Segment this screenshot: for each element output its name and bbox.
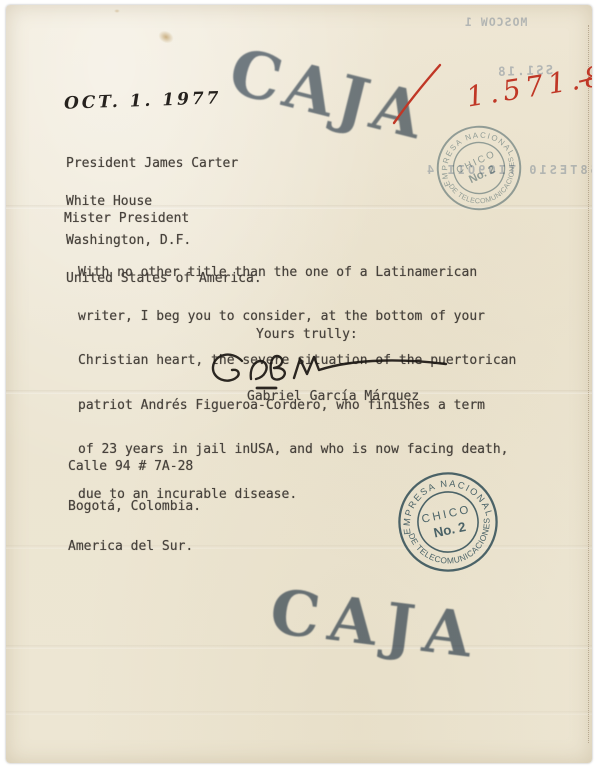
signer-name: Gabriel García Márquez <box>247 389 419 404</box>
sender-line: Calle 94 # 7A-28 <box>68 460 201 473</box>
letter-scan: MOSCOW 1 SS1.18 68TES10 TIO9OII 4 OCT. 1… <box>6 5 592 763</box>
body-line: writer, I beg you to consider, at the bo… <box>78 310 516 325</box>
paper-edge <box>587 25 589 743</box>
recipient-line: White House <box>66 196 262 209</box>
handwritten-date: OCT. 1. 1977 <box>64 88 222 113</box>
telecom-seal: EMPRESA NACIONAL DE TELECOMUNICACIONES C… <box>385 459 511 585</box>
sender-line: Bogotá, Colombia. <box>68 500 201 513</box>
paper-stain <box>114 9 120 13</box>
bleedthrough-text: MOSCOW 1 <box>464 15 527 29</box>
sender-address: Calle 94 # 7A-28 Bogotá, Colombia. Ameri… <box>68 433 201 580</box>
body-line: With no other title than the one of a La… <box>78 266 516 281</box>
salutation: Mister President <box>64 211 189 226</box>
sender-line: America del Sur. <box>68 540 201 553</box>
caja-stamp: CAJA <box>267 580 484 667</box>
recipient-line: President James Carter <box>66 158 262 171</box>
red-number-prefix: 1.571. <box>464 62 587 113</box>
closing: Yours trully: <box>256 327 358 342</box>
paper-crease <box>6 711 592 715</box>
red-pen-stroke <box>390 63 444 127</box>
paper-stain <box>156 28 176 46</box>
